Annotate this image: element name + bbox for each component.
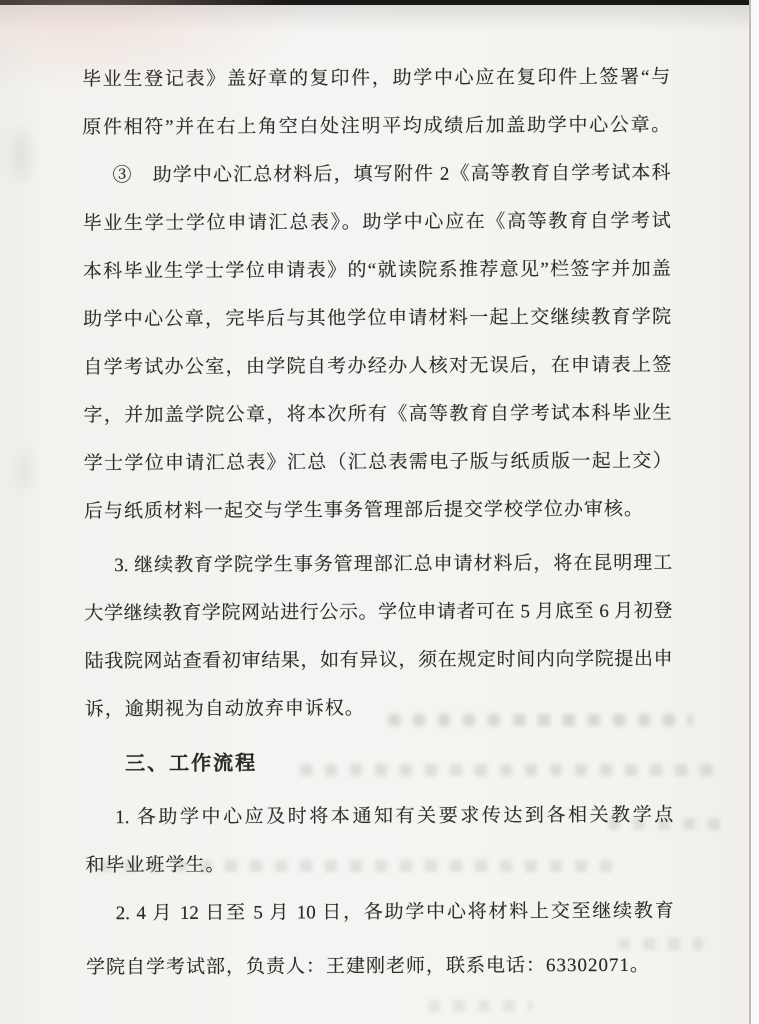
- text-line: 字，并加盖学院公章，将本次所有《高等教育自学考试本科毕业生: [83, 390, 671, 441]
- text-line: 和毕业班学生。: [85, 840, 673, 891]
- text-line: 毕业生学士学位申请汇总表》。助学中心应在《高等教育自学考试: [83, 198, 671, 249]
- scan-noise-blob: [10, 440, 40, 500]
- text-line: 助学中心公章，完毕后与其他学位申请材料一起上交继续教育学院: [83, 294, 671, 345]
- text-line: 诉，逾期视为自动放弃申诉权。: [85, 684, 673, 735]
- text-line: 自学考试办公室，由学院自考办经办人核对无误后，在申请表上签: [83, 342, 671, 393]
- text-line: ③ 助学中心汇总材料后，填写附件 2《高等教育自学考试本科: [82, 150, 670, 201]
- section-heading: 三、工作流程: [85, 738, 673, 789]
- text-line: 学院自学考试部，负责人：王建刚老师，联系电话：63302071。: [86, 942, 674, 993]
- scan-noise-blob: [4, 120, 38, 190]
- document-body: 毕业生登记表》盖好章的复印件，助学中心应在复印件上签署“与原件相符”并在右上角空…: [82, 54, 674, 993]
- text-line: 本科毕业生学士学位申请表》的“就读院系推荐意见”栏签字并加盖: [83, 246, 671, 297]
- text-line: 3. 继续教育学院学生事务管理部汇总申请材料后，将在昆明理工: [84, 540, 672, 591]
- text-line: 原件相符”并在右上角空白处注明平均成绩后加盖助学中心公章。: [82, 102, 670, 153]
- text-line: 毕业生登记表》盖好章的复印件，助学中心应在复印件上签署“与: [82, 54, 670, 105]
- bleed-through-smudge: [428, 1000, 533, 1012]
- text-line: 陆我院网站查看初审结果，如有异议，须在规定时间内向学院提出申: [85, 636, 673, 687]
- text-line: 2. 4 月 12 日至 5 月 10 日，各助学中心将材料上交至继续教育: [86, 888, 674, 939]
- text-line: 学士学位申请汇总表》汇总（汇总表需电子版与纸质版一起上交）: [84, 438, 672, 489]
- scan-right-margin: [751, 0, 759, 1024]
- scanned-page: 毕业生登记表》盖好章的复印件，助学中心应在复印件上签署“与原件相符”并在右上角空…: [0, 0, 759, 1024]
- text-line: 后与纸质材料一起交与学生事务管理部后提交学校学位办审核。: [84, 486, 672, 537]
- text-line: 1. 各助学中心应及时将本通知有关要求传达到各相关教学点: [85, 792, 673, 843]
- text-line: 大学继续教育学院网站进行公示。学位申请者可在 5 月底至 6 月初登: [84, 588, 672, 639]
